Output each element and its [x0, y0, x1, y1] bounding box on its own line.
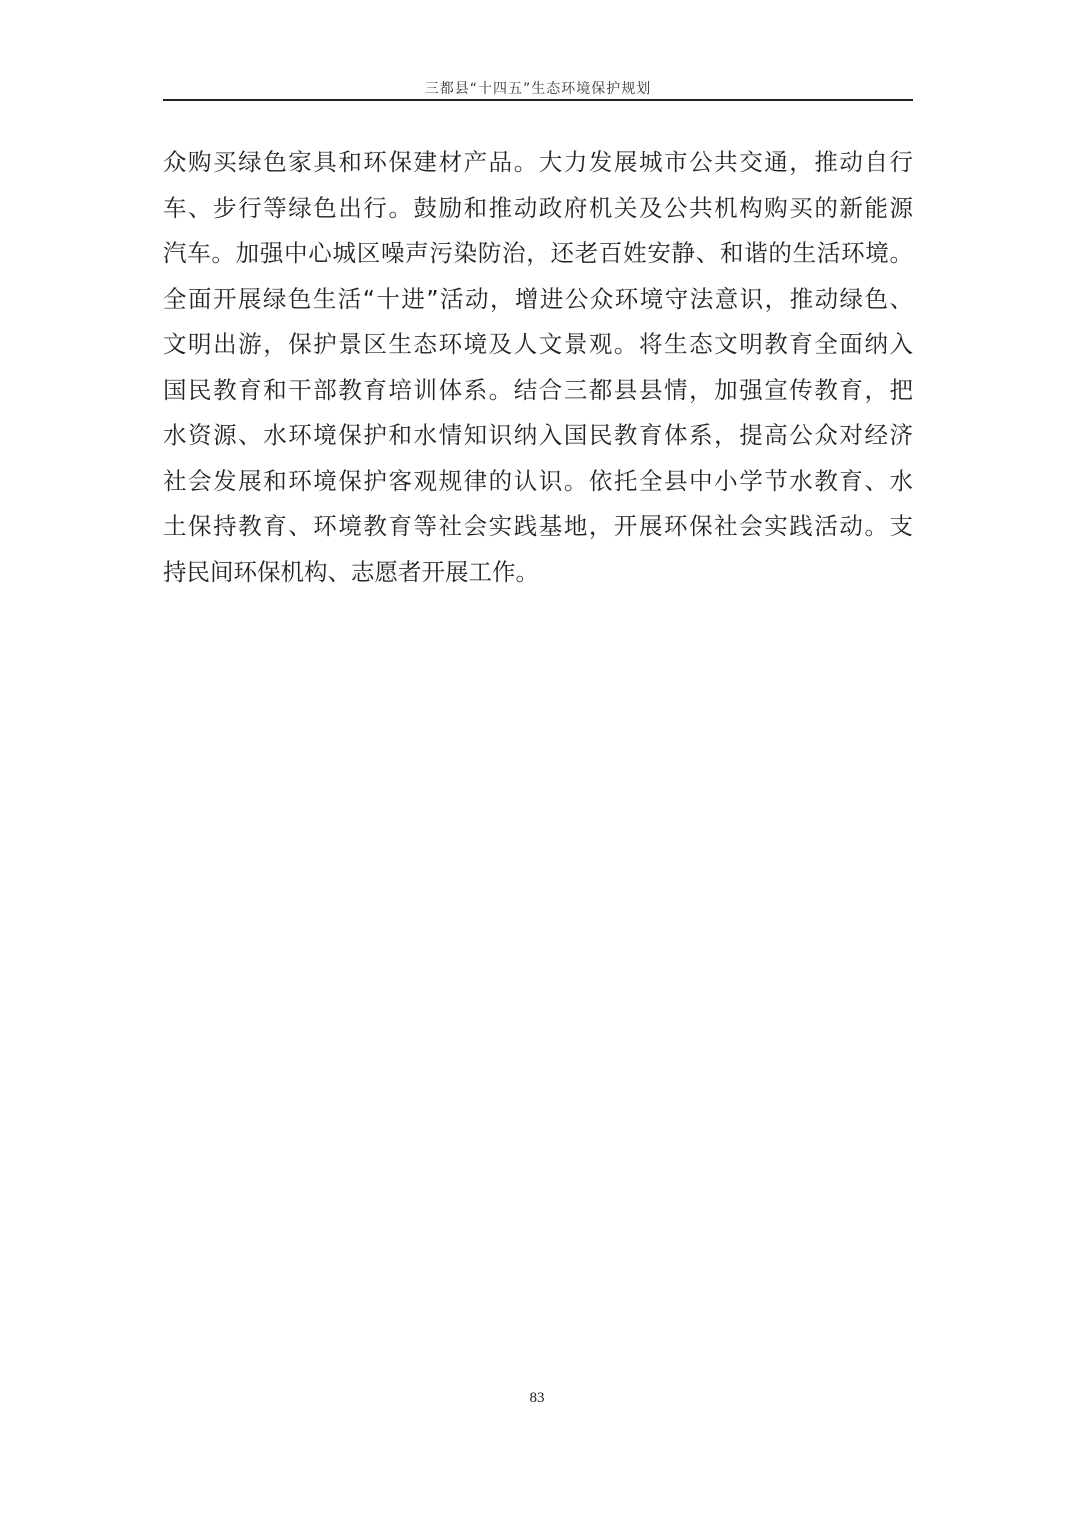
paragraph-line: 全面开展绿色生活“十进”活动，增进公众环境守法意识，推动绿色、 — [163, 277, 913, 323]
paragraph-line: 社会发展和环境保护客观规律的认识。依托全县中小学节水教育、水 — [163, 459, 913, 505]
header-divider — [163, 99, 913, 101]
paragraph-line: 国民教育和干部教育培训体系。结合三都县县情，加强宣传教育，把 — [163, 368, 913, 414]
paragraph-line: 车、步行等绿色出行。鼓励和推动政府机关及公共机构购买的新能源 — [163, 186, 913, 232]
page-number: 83 — [0, 1390, 1074, 1407]
paragraph-line: 文明出游，保护景区生态环境及人文景观。将生态文明教育全面纳入 — [163, 322, 913, 368]
paragraph-line: 持民间环保机构、志愿者开展工作。 — [163, 550, 913, 596]
page-header-title: 三都县“十四五”生态环境保护规划 — [163, 78, 913, 98]
paragraph-line: 汽车。加强中心城区噪声污染防治，还老百姓安静、和谐的生活环境。 — [163, 231, 913, 277]
paragraph-line: 水资源、水环境保护和水情知识纳入国民教育体系，提高公众对经济 — [163, 413, 913, 459]
paragraph-line: 土保持教育、环境教育等社会实践基地，开展环保社会实践活动。支 — [163, 504, 913, 550]
body-paragraph: 众购买绿色家具和环保建材产品。大力发展城市公共交通，推动自行 车、步行等绿色出行… — [163, 140, 913, 595]
paragraph-line: 众购买绿色家具和环保建材产品。大力发展城市公共交通，推动自行 — [163, 140, 913, 186]
